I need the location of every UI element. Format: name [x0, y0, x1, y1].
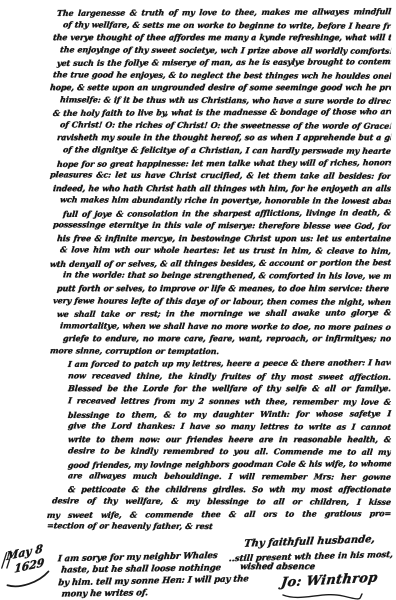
- letter-line: are allwayes much behouldinge. I will re…: [67, 470, 391, 484]
- signature: Jo: Winthrop: [280, 570, 379, 590]
- letter-line: in the worlde: that so beinge strengthen…: [62, 269, 391, 283]
- letter-line: of the dignitye & felicitye of a Christi…: [62, 143, 391, 157]
- letter-line: immortalitye, when we shall have no more…: [59, 319, 391, 333]
- letter-line: write to them now: our friendes heere ar…: [67, 433, 391, 446]
- letter-line: possessinge eternitye in this vale of mi…: [52, 219, 391, 233]
- letter-line: & petticoate & the childrens girdles. So…: [67, 483, 391, 496]
- letter-line: we shall take or rest; in the morninge w…: [56, 306, 391, 320]
- signature-flourish: [279, 590, 365, 600]
- letter-line: =tection of or heavenly father, & rest: [46, 520, 391, 534]
- letter-line: hope, & sette upon an ungrounded desire …: [49, 81, 391, 94]
- letter-line: pleasures &c: let us have Christ crucifi…: [49, 168, 391, 182]
- dateline: May 8 1629: [0, 542, 53, 592]
- letter-line: ravisheth my soule in the thought hereof…: [56, 131, 391, 144]
- postscript: I am sorye for my neighbr Whales haste, …: [58, 549, 274, 600]
- letter-page: The largenesse & truth of my love to the…: [0, 0, 396, 600]
- postscript-line: mony he writes of.: [61, 586, 274, 600]
- letter-line: of thy wellfare, & setts me on worke to …: [62, 18, 391, 32]
- letter-body-text: The largenesse & truth of my love to the…: [0, 6, 396, 533]
- letter-line: desire to be kindly remembred to you all…: [67, 444, 391, 458]
- letter-line: I receaved lettres from my 2 sonnes wth …: [67, 394, 391, 408]
- letter-line: putt forth or selves, to improve or life…: [56, 282, 391, 295]
- letter-line: indeed, he who hath Christ hath all thin…: [52, 182, 391, 195]
- closing-salutation: Thy faithfull husbande,: [243, 533, 394, 549]
- letter-line: wch makes him abundantly riche in povert…: [59, 193, 391, 207]
- letter-line: griefe to endure, no more care, feare, w…: [62, 332, 391, 345]
- letter-line: give the Lord thankes: I have so many le…: [67, 419, 391, 433]
- letter-line: Blessed be the Lorde for the wellfare of…: [67, 382, 391, 395]
- letter-line: The largenesse & truth of my love to the…: [56, 5, 391, 19]
- letter-line: yet such is the follye & miserye of man,…: [56, 55, 391, 69]
- letter-line: the verye thought of thee affordes me ma…: [52, 31, 391, 44]
- letter-line: the true good he enjoyes, & to neglect t…: [52, 68, 391, 82]
